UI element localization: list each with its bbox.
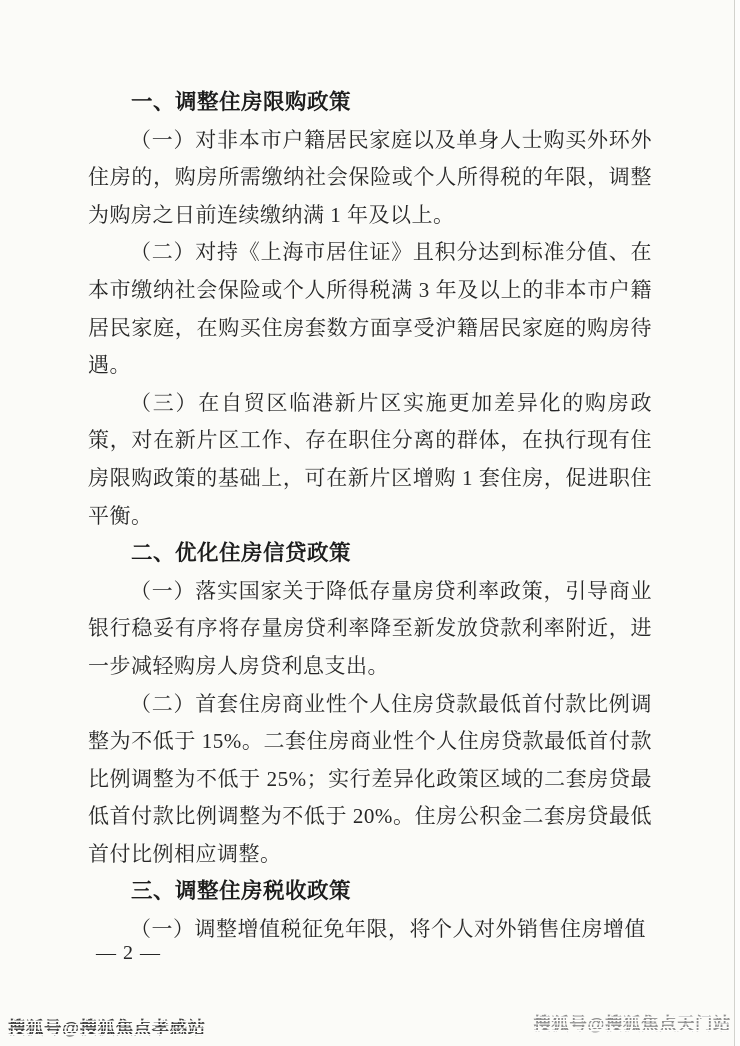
- section-1-paragraph-3: （三）在自贸区临港新片区实施更加差异化的购房政策，对在新片区工作、存在职住分离的…: [88, 385, 652, 535]
- section-3-paragraph-1: （一）调整增值税征免年限，将个人对外销售住房增值: [88, 911, 652, 949]
- section-2-paragraph-2: （二）首套住房商业性个人住房贷款最低首付款比例调整为不低于 15%。二套住房商业…: [88, 686, 652, 874]
- section-2-paragraph-1: （一）落实国家关于降低存量房贷利率政策，引导商业银行稳妥有序将存量房贷利率降至新…: [88, 573, 652, 686]
- section-2-heading: 二、优化住房信贷政策: [88, 535, 652, 573]
- page-number: — 2 —: [96, 942, 161, 965]
- section-1-paragraph-2: （二）对持《上海市居住证》且积分达到标准分值、在本市缴纳社会保险或个人所得税满 …: [88, 234, 652, 384]
- section-1-heading: 一、调整住房限购政策: [88, 84, 652, 122]
- section-1-paragraph-1: （一）对非本市户籍居民家庭以及单身人士购买外环外住房的，购房所需缴纳社会保险或个…: [88, 122, 652, 235]
- watermark-bottom-right: 搜狐号@搜狐焦点天门站: [533, 1011, 731, 1036]
- watermark-bottom-left: 搜狐号@搜狐焦点孝感站: [8, 1015, 206, 1040]
- section-3-heading: 三、调整住房税收政策: [88, 873, 652, 911]
- document-body: 一、调整住房限购政策 （一）对非本市户籍居民家庭以及单身人士购买外环外住房的，购…: [88, 84, 652, 949]
- document-page: 一、调整住房限购政策 （一）对非本市户籍居民家庭以及单身人士购买外环外住房的，购…: [0, 0, 740, 1046]
- scan-edge-halo: [735, 0, 740, 1046]
- scan-edge-line: [734, 0, 735, 1046]
